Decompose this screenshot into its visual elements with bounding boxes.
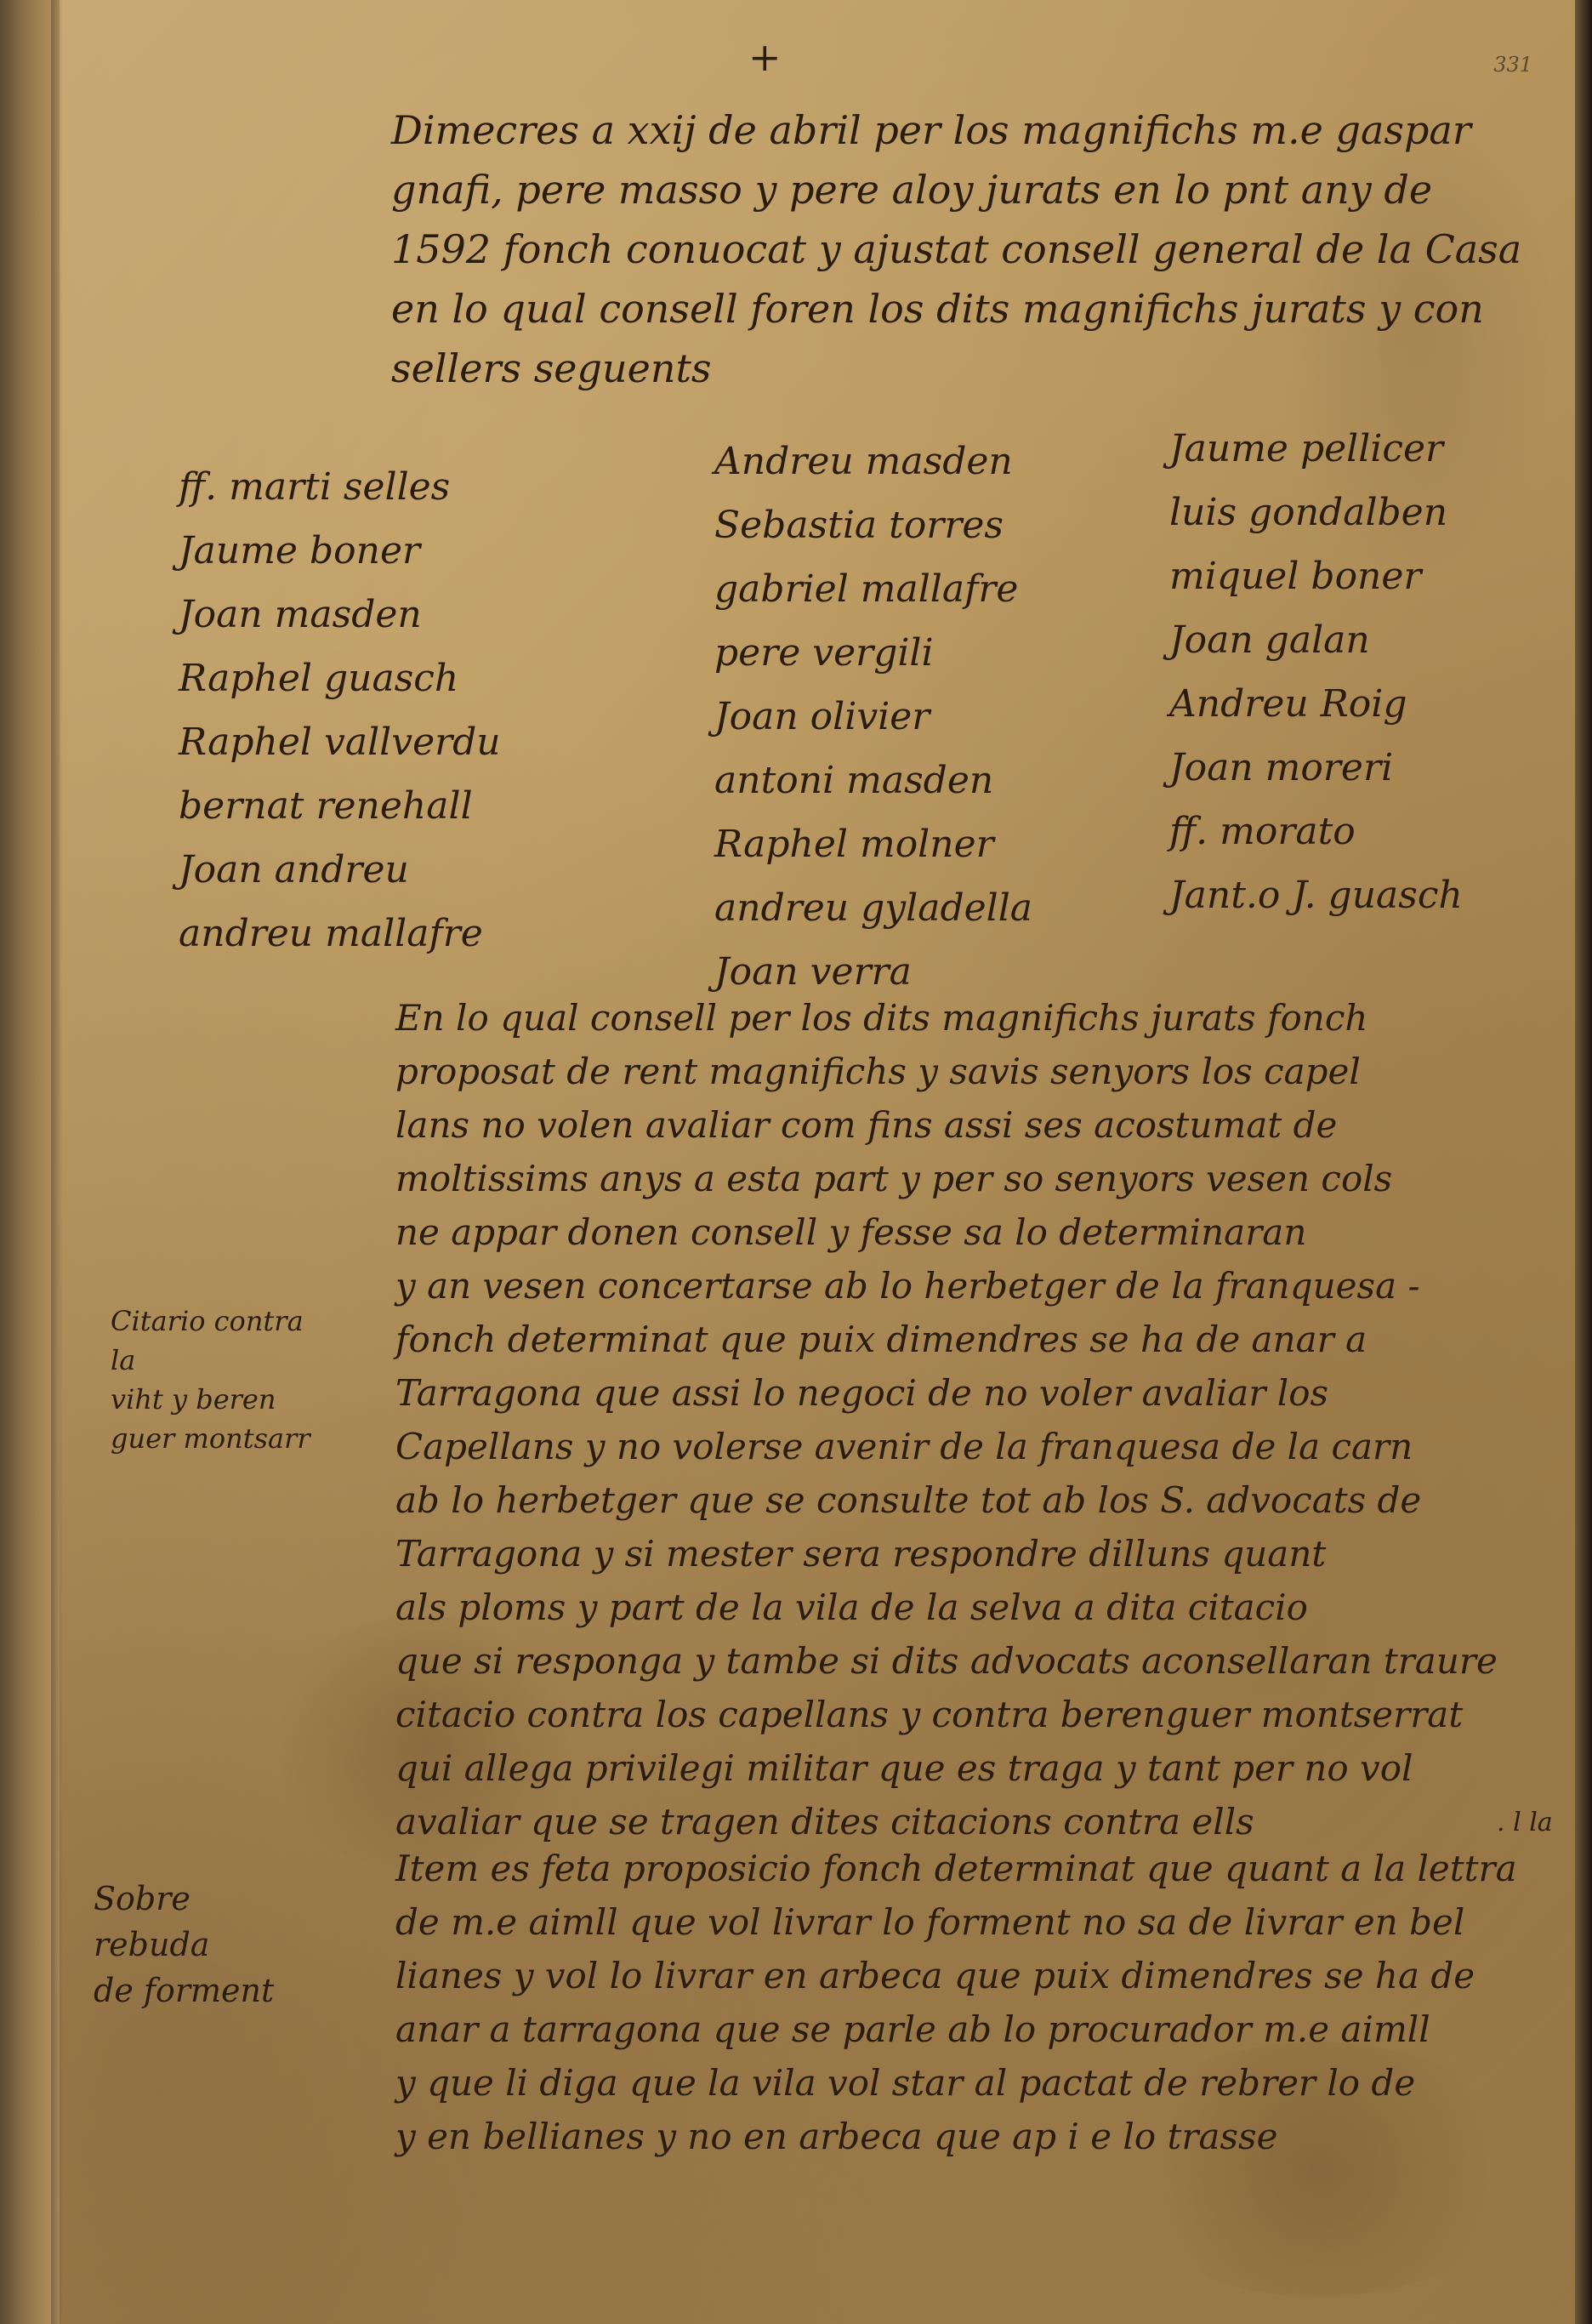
councillor-name: luis gondalben [1169, 481, 1463, 544]
text-line: avaliar que se tragen dites citacions co… [395, 1795, 1592, 1848]
text-line: als ploms y part de la vila de la selva … [395, 1581, 1592, 1634]
text-line: Item es feta proposicio fonch determinat… [395, 1842, 1592, 1895]
councillors-column-1: ff. marti selles Jaume boner Joan masden… [179, 455, 501, 965]
council-resolution-paragraph: En lo qual consell per los dits magnific… [395, 991, 1592, 1848]
text-line: ab lo herbetger que se consulte tot ab l… [395, 1473, 1592, 1527]
councillor-name: bernat renehall [179, 774, 501, 838]
margin-note-line: Sobre rebuda [94, 1876, 315, 1968]
councillor-name: Raphel molner [714, 812, 1032, 876]
heading-line: sellers seguents [391, 339, 1539, 398]
text-line: lianes y vol lo livrar en arbeca que pui… [395, 1949, 1592, 2002]
interlinear-insertion: . l la [1497, 1808, 1553, 1837]
councillor-name: Joan masden [179, 583, 501, 647]
top-cross-mark: + [748, 34, 782, 80]
book-gutter-shadow [51, 0, 63, 2324]
text-line: ne appar donen consell y fesse sa lo det… [395, 1205, 1592, 1259]
text-line: que si responga y tambe si dits advocats… [395, 1634, 1592, 1688]
wheat-delivery-paragraph: Item es feta proposicio fonch determinat… [395, 1842, 1592, 2163]
councillor-name: pere vergili [714, 621, 1032, 685]
margin-note-line: de forment [94, 1968, 315, 2014]
text-line: proposat de rent magnifichs y savis seny… [395, 1045, 1592, 1098]
text-line: citacio contra los capellans y contra be… [395, 1688, 1592, 1741]
councillor-name: gabriel mallafre [714, 557, 1032, 621]
heading-line: en lo qual consell foren los dits magnif… [391, 279, 1539, 339]
councillor-name: Jaume boner [179, 519, 501, 583]
councillor-name: miquel boner [1169, 544, 1463, 608]
text-line: Tarragona que assi lo negoci de no voler… [395, 1366, 1592, 1420]
councillor-name: Raphel guasch [179, 647, 501, 710]
text-line: de m.e aimll que vol livrar lo forment n… [395, 1895, 1592, 1949]
text-line: qui allega privilegi militar que es trag… [395, 1741, 1592, 1795]
heading-line: Dimecres a xxij de abril per los magnifi… [391, 100, 1539, 160]
councillor-name: Joan andreu [179, 838, 501, 902]
text-line: lans no volen avaliar com fins assi ses … [395, 1098, 1592, 1152]
councillor-name: antoni masden [714, 749, 1032, 812]
margin-note-line: guer montsarr [111, 1419, 332, 1458]
councillor-name: Jaume pellicer [1169, 417, 1463, 481]
manuscript-page: 331 + Dimecres a xxij de abril per los m… [0, 0, 1592, 2324]
text-line: Tarragona y si mester sera respondre dil… [395, 1527, 1592, 1581]
text-line: fonch determinat que puix dimendres se h… [395, 1313, 1592, 1366]
text-line: anar a tarragona que se parle ab lo proc… [395, 2002, 1592, 2056]
councillor-name: Joan moreri [1169, 736, 1463, 800]
heading-line: 1592 fonch conuocat y ajustat consell ge… [391, 219, 1539, 279]
margin-note-line: Citario contra la [111, 1302, 332, 1380]
margin-note-line: viht y beren [111, 1380, 332, 1419]
councillors-column-2: Andreu masden Sebastia torres gabriel ma… [714, 430, 1032, 1004]
councillor-name: andreu gyladella [714, 876, 1032, 940]
councillor-name: Joan galan [1169, 608, 1463, 672]
session-heading: Dimecres a xxij de abril per los magnifi… [391, 100, 1539, 398]
margin-note-wheat: Sobre rebuda de forment [94, 1876, 315, 2014]
councillor-name: ff. morato [1169, 800, 1463, 863]
text-line: y an vesen concertarse ab lo herbetger d… [395, 1259, 1592, 1313]
councillor-name: Sebastia torres [714, 493, 1032, 557]
text-line: Capellans y no volerse avenir de la fran… [395, 1420, 1592, 1473]
councillor-name: ff. marti selles [179, 455, 501, 519]
councillor-name: Andreu Roig [1169, 672, 1463, 736]
councillor-name: Raphel vallverdu [179, 710, 501, 774]
councillors-column-3: Jaume pellicer luis gondalben miquel bon… [1169, 417, 1463, 927]
councillor-name: andreu mallafre [179, 902, 501, 965]
heading-line: gnafi, pere masso y pere aloy jurats en … [391, 160, 1539, 219]
margin-note-citation: Citario contra la viht y beren guer mont… [111, 1302, 332, 1458]
text-line: En lo qual consell per los dits magnific… [395, 991, 1592, 1045]
councillor-name: Andreu masden [714, 430, 1032, 493]
councillor-name: Joan olivier [714, 685, 1032, 749]
folio-number: 331 [1493, 53, 1532, 77]
text-line: y en bellianes y no en arbeca que ap i e… [395, 2110, 1592, 2163]
text-line: y que li diga que la vila vol star al pa… [395, 2056, 1592, 2110]
councillor-name: Jant.o J. guasch [1169, 863, 1463, 927]
text-line: moltissims anys a esta part y per so sen… [395, 1152, 1592, 1205]
